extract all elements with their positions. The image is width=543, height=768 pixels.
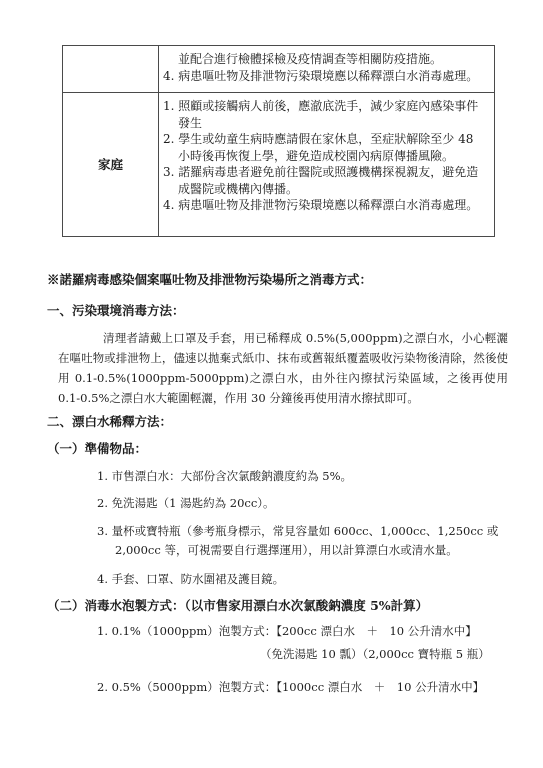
list-item: 4. 病患嘔吐物及排泄物污染環境應以稀釋漂白水消毒處理。 [163,197,488,214]
list-item: 2. 免洗湯匙（1 湯匙約為 20cc）。 [97,494,508,513]
precaution-table: 並配合進行檢體採檢及疫情調查等相關防疫措施。 4. 病患嘔吐物及排泄物污染環境應… [62,45,495,237]
section1-paragraph: 清理者請戴上口罩及手套，用已稀釋成 0.5%(5,000ppm)之漂白水，小心輕… [58,328,508,408]
sub2-heading: （二）消毒水泡製方式：（以市售家用漂白水次氯酸鈉濃度 5%計算） [47,597,508,614]
row-content-cell: 1. 照顧或接觸病人前後，應澈底洗手，減少家庭內感染事件發生 2. 學生或幼童生… [159,93,494,236]
sub1-heading: （一）準備物品： [47,440,508,457]
row-label-family: 家庭 [63,93,159,236]
continuation-text: 並配合進行檢體採檢及疫情調查等相關防疫措施。 [178,51,488,68]
disinfection-section: ※諾羅病毒感染個案嘔吐物及排泄物污染場所之消毒方式： 一、污染環境消毒方法： 清… [47,271,508,697]
document-page: 並配合進行檢體採檢及疫情調查等相關防疫措施。 4. 病患嘔吐物及排泄物污染環境應… [0,0,543,768]
list-item: 3. 量杯或寶特瓶（參考瓶身標示，常見容量如 600cc、1,000cc、1,2… [97,522,508,560]
section2-heading: 二、漂白水稀釋方法： [47,413,508,430]
list-item: 4. 病患嘔吐物及排泄物污染環境應以稀釋漂白水消毒處理。 [163,68,488,85]
table-row: 並配合進行檢體採檢及疫情調查等相關防疫措施。 4. 病患嘔吐物及排泄物污染環境應… [63,46,494,92]
row-label-cell [63,46,159,92]
list-item: 1. 照顧或接觸病人前後，應澈底洗手，減少家庭內感染事件發生 [163,98,488,131]
table-row: 家庭 1. 照顧或接觸病人前後，應澈底洗手，減少家庭內感染事件發生 2. 學生或… [63,92,494,236]
row-content-cell: 並配合進行檢體採檢及疫情調查等相關防疫措施。 4. 病患嘔吐物及排泄物污染環境應… [159,46,494,92]
list-item: 2. 學生或幼童生病時應請假在家休息，至症狀解除至少 48 小時後再恢復上學，避… [163,131,488,164]
list-item: 3. 諾羅病毒患者避免前往醫院或照護機構探視親友，避免造成醫院或機構內傳播。 [163,164,488,197]
section1-heading: 一、污染環境消毒方法： [47,302,508,319]
list-item: 4. 手套、口罩、防水圍裙及護目鏡。 [97,570,508,589]
list-item: 1. 市售漂白水：大部份含次氯酸鈉濃度約為 5%。 [97,467,508,486]
mix-formula-2: 2. 0.5%（5000ppm）泡製方式：【1000cc 漂白水 ＋ 10 公升… [97,678,508,697]
disinfection-title: ※諾羅病毒感染個案嘔吐物及排泄物污染場所之消毒方式： [47,271,508,288]
mix-formula-1: 1. 0.1%（1000ppm）泡製方式：【200cc 漂白水 ＋ 10 公升清… [97,622,508,641]
mix-formula-1-note: （免洗湯匙 10 瓢）（2,000cc 寶特瓶 5 瓶） [260,646,508,663]
